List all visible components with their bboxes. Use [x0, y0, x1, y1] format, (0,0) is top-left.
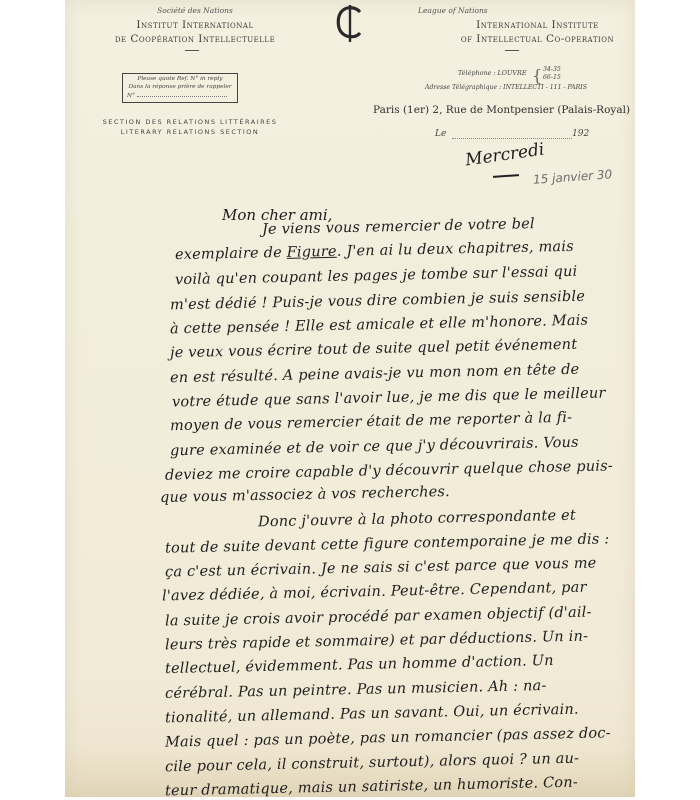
- date-year-prefix: 192: [572, 129, 589, 139]
- institute-name-fr-line1: Institut International: [75, 19, 315, 31]
- section-name-fr: SECTION DES RELATIONS LITTÉRAIRES: [95, 118, 285, 126]
- telephone-number-2: 66-15: [543, 74, 561, 81]
- brace-icon: {: [532, 66, 542, 85]
- divider-right: [505, 50, 519, 51]
- underlined-title: Figure: [287, 244, 337, 261]
- divider-left: [185, 50, 199, 51]
- reference-number: N°: [127, 92, 233, 101]
- telephone-label: Téléphone : LOUVRE: [458, 69, 527, 77]
- reference-number-blank: [137, 92, 227, 97]
- telegraph-address: Adresse Télégraphique : INTELLECTI - 111…: [425, 84, 587, 91]
- telephone-number-1: 34-35: [543, 66, 561, 73]
- institute-name-en-line1: International Institute: [430, 19, 645, 31]
- reference-line-fr: Dans la réponse prière de rappeler: [127, 84, 233, 92]
- reference-box: Please quote Ref. N° in reply Dans la ré…: [122, 73, 238, 103]
- postal-address: Paris (1er) 2, Rue de Montpensier (Palai…: [373, 104, 630, 116]
- ic-logo-icon: [330, 2, 370, 44]
- date-blank-line: [452, 138, 572, 139]
- reference-line-en: Please quote Ref. N° in reply: [127, 76, 233, 84]
- date-label: Le: [435, 129, 446, 139]
- reference-number-label: N°: [127, 93, 135, 99]
- parent-org-en: League of Nations: [418, 6, 488, 15]
- ic-monogram-logo: [330, 2, 370, 44]
- parent-org-fr: Société des Nations: [110, 6, 280, 15]
- section-name-en: LITERARY RELATIONS SECTION: [95, 128, 285, 136]
- institute-name-en-line2: of Intellectual Co-operation: [430, 33, 645, 45]
- institute-name-fr-line2: de Coopération Intellectuelle: [75, 33, 315, 45]
